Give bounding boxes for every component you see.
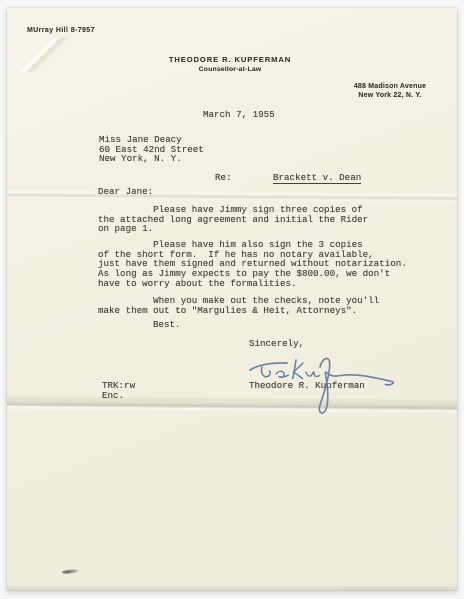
body-paragraph-1: Please have Jimmy sign three copies of t… (98, 205, 368, 234)
body-paragraph-3: When you make out the checks, note you'l… (98, 296, 379, 315)
salutation: Dear Jane: (98, 187, 153, 197)
reference-initials: TRK:rw Enc. (102, 381, 135, 400)
letterhead-name: THEODORE R. KUPFERMAN (130, 55, 330, 64)
letterhead-title: Counsellor-at-Law (130, 66, 330, 73)
letter-date: March 7, 1955 (203, 110, 275, 120)
scanned-letter-canvas: MUrray Hill 8-7957 THEODORE R. KUPFERMAN… (0, 0, 464, 599)
handwritten-signature (240, 350, 405, 420)
sign-off: Best. (153, 320, 181, 330)
letterhead-address: 488 Madison Avenue New York 22, N. Y. (340, 82, 440, 100)
body-paragraph-2: Please have him also sign the 3 copies o… (98, 240, 407, 288)
closing: Sincerely, (249, 339, 304, 349)
re-label: Re: (215, 173, 232, 183)
re-case-name: Brackett v. Dean (273, 173, 361, 184)
letterhead-phone: MUrray Hill 8-7957 (27, 27, 95, 34)
recipient-address-block: Miss Jane Deacy 60 East 42nd Street New … (99, 135, 204, 164)
